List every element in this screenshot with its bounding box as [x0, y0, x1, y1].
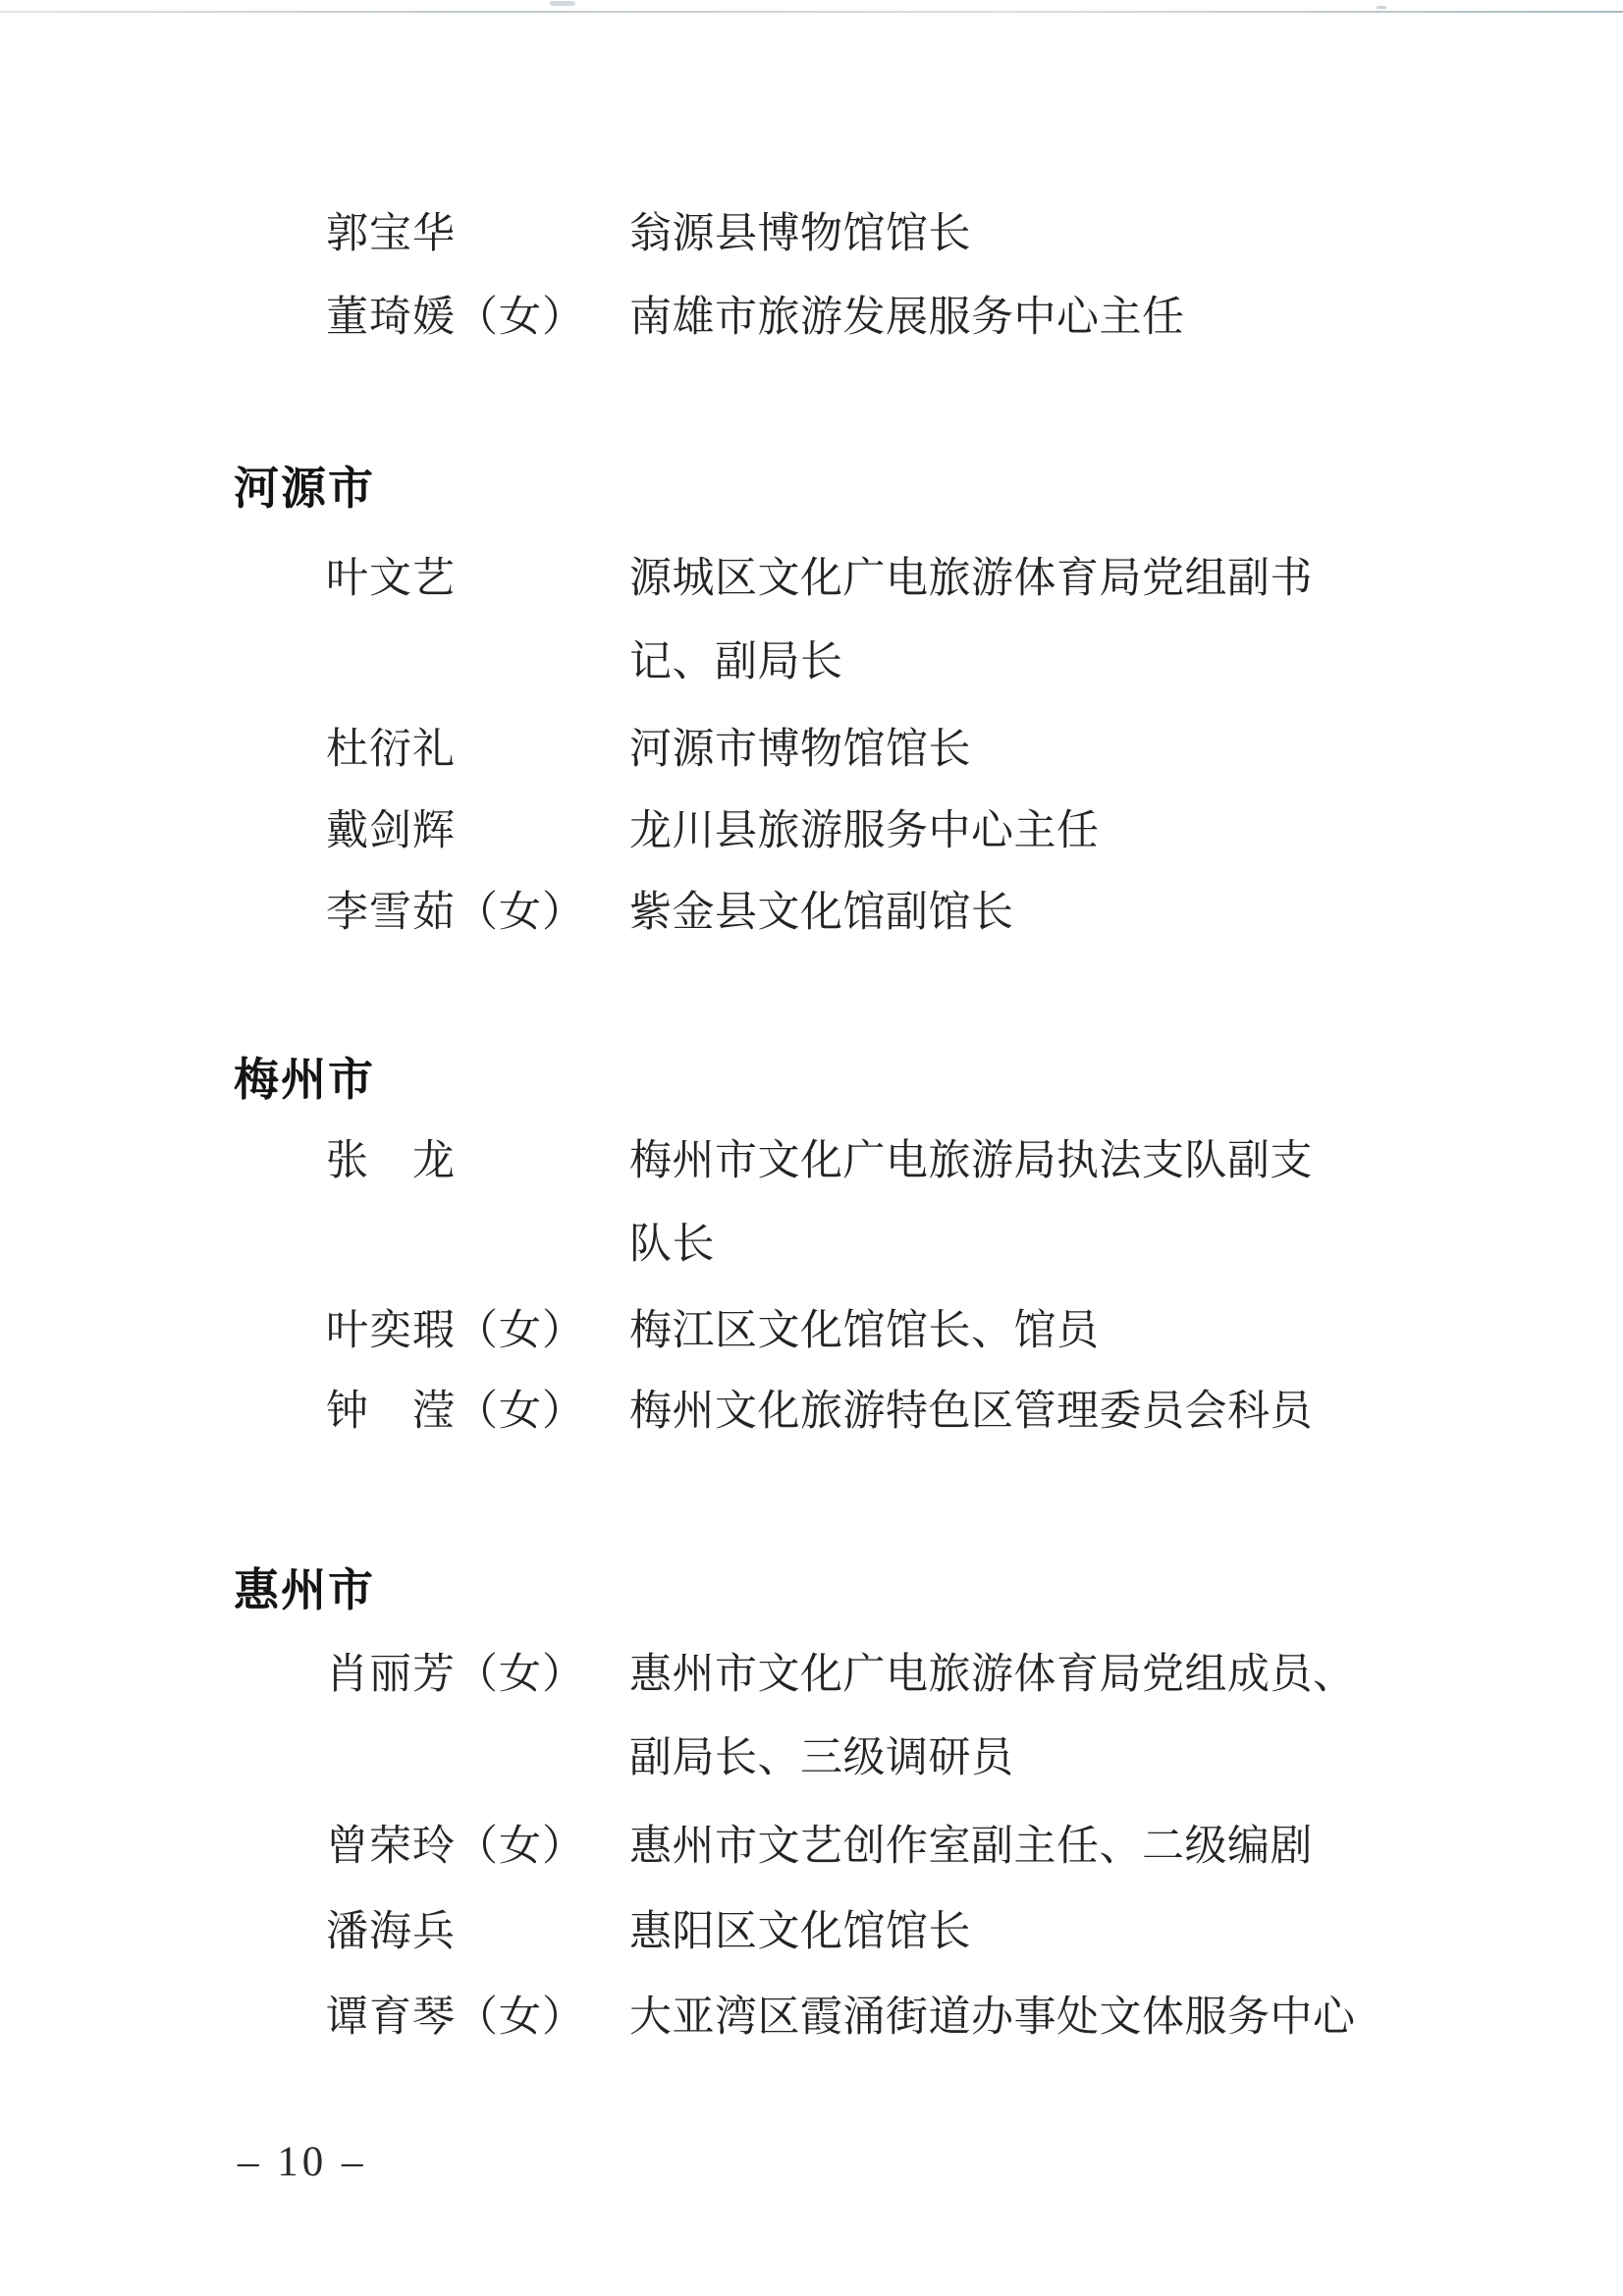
section-city-header: 惠州市: [234, 1567, 375, 1613]
person-name: 李雪茹（女）: [326, 892, 585, 934]
person-name: 钟 滢（女）: [326, 1391, 585, 1433]
person-position-line: 记、副局长: [629, 641, 843, 683]
scan-speck: [1377, 6, 1386, 9]
person-name: 杜衍礼: [326, 729, 456, 771]
person-name: 叶奕瑕（女）: [326, 1310, 585, 1352]
person-name: 郭宝华: [326, 213, 456, 255]
person-position-line: 队长: [629, 1224, 715, 1266]
person-position-line: 梅州市文化广电旅游局执法支队副支: [629, 1140, 1313, 1182]
person-position-line: 南雄市旅游发展服务中心主任: [629, 297, 1185, 339]
person-position-line: 惠州市文艺创作室副主任、二级编剧: [629, 1826, 1313, 1868]
person-name: 谭育琴（女）: [326, 1996, 585, 2039]
document-page: 郭宝华 翁源县博物馆馆长 董琦媛（女） 南雄市旅游发展服务中心主任 河源市 叶文…: [0, 0, 1623, 2296]
person-position-line: 惠州市文化广电旅游体育局党组成员、: [629, 1654, 1356, 1696]
person-position-line: 龙川县旅游服务中心主任: [629, 810, 1100, 852]
person-name: 戴剑辉: [326, 810, 456, 852]
person-position-line: 紫金县文化馆副馆长: [629, 892, 1014, 934]
person-name: 肖丽芳（女）: [326, 1654, 585, 1696]
person-name: 曾荣玲（女）: [326, 1826, 585, 1868]
page-number: – 10 –: [238, 2141, 367, 2183]
person-position-line: 翁源县博物馆馆长: [629, 213, 971, 255]
person-position-line: 河源市博物馆馆长: [629, 729, 971, 771]
person-name: 潘海兵: [326, 1911, 456, 1953]
section-city-header: 河源市: [234, 465, 375, 511]
person-name: 叶文艺: [326, 558, 456, 600]
person-position-line: 惠阳区文化馆馆长: [629, 1911, 971, 1953]
section-city-header: 梅州市: [234, 1057, 375, 1102]
person-position-line: 梅州文化旅游特色区管理委员会科员: [629, 1391, 1313, 1433]
person-name: 董琦媛（女）: [326, 297, 585, 339]
person-name: 张 龙: [326, 1140, 456, 1182]
scan-speck: [550, 1, 575, 6]
person-position-line: 大亚湾区霞涌街道办事处文体服务中心: [629, 1996, 1356, 2039]
scan-artifact-line: [0, 11, 1623, 13]
person-position-line: 副局长、三级调研员: [629, 1737, 1014, 1779]
person-position-line: 源城区文化广电旅游体育局党组副书: [629, 558, 1313, 600]
person-position-line: 梅江区文化馆馆长、馆员: [629, 1310, 1100, 1352]
